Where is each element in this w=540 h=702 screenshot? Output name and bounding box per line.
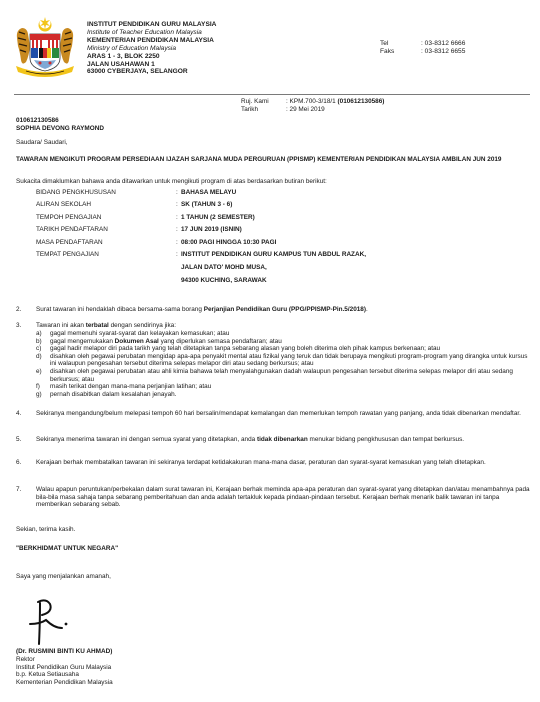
paragraph-text: Walau apapun peruntukan/perbekalan dalam… xyxy=(36,486,531,509)
paragraph-5: 5. Sekiranya menerima tawaran ini dengan… xyxy=(16,436,531,444)
recipient-id: 010612130586 xyxy=(16,117,104,125)
list-item: f)masih terikat dengan mana-mana perjanj… xyxy=(36,383,531,391)
detail-row: JALAN DATO' MOHD MUSA, xyxy=(36,262,366,275)
org-line: Ministry of Education Malaysia xyxy=(87,45,216,53)
intro-text: Sukacita dimaklumkan bahawa anda ditawar… xyxy=(16,178,327,186)
signatory-title: Rektor xyxy=(16,656,113,664)
termination-conditions-list: a)gagal memenuhi syarat-syarat dan kelay… xyxy=(36,330,531,398)
org-line: 63000 CYBERJAYA, SELANGOR xyxy=(87,68,216,76)
paragraph-4: 4. Sekiranya mengandung/belum melepasi t… xyxy=(16,410,531,418)
paragraph-7: 7. Walau apapun peruntukan/perbekalan da… xyxy=(16,486,531,509)
date-label: Tarikh xyxy=(241,106,286,114)
detail-value: INSTITUT PENDIDIKAN GURU KAMPUS TUN ABDU… xyxy=(181,251,366,259)
detail-value: 08:00 PAGI HINGGA 10:30 PAGI xyxy=(181,239,276,247)
detail-value: 94300 KUCHING, SARAWAK xyxy=(181,277,267,285)
header-divider xyxy=(14,94,530,95)
malaysia-coat-of-arms-icon xyxy=(12,16,78,82)
detail-value: JALAN DATO' MOHD MUSA, xyxy=(181,264,267,272)
signatory-title: b.p. Ketua Setiausaha xyxy=(16,671,113,679)
recipient-name: SOPHIA DEVONG RAYMOND xyxy=(16,125,104,133)
detail-label: MASA PENDAFTARAN xyxy=(36,239,176,247)
date-value: : 29 Mei 2019 xyxy=(286,106,325,114)
detail-row: BIDANG PENGKHUSUSAN: BAHASA MELAYU xyxy=(36,186,366,199)
signatory-name: (Dr. RUSMINI BINTI KU AHMAD) xyxy=(16,648,113,656)
paragraph-text: Sekiranya mengandung/belum melepasi temp… xyxy=(36,410,531,418)
org-line: Institute of Teacher Education Malaysia xyxy=(87,29,216,37)
salutation: Saudara/ Saudari, xyxy=(16,139,68,147)
detail-value: 17 JUN 2019 (ISNIN) xyxy=(181,226,242,234)
paragraph-number: 5. xyxy=(16,436,36,444)
handwritten-signature-icon xyxy=(26,598,70,646)
signatory-title: Institut Pendidikan Guru Malaysia xyxy=(16,664,113,672)
ref-value: : KPM.700-3/18/1 (010612130586) xyxy=(286,98,384,106)
tel-value: : 03-8312 6666 xyxy=(421,40,465,48)
tel-label: Tel xyxy=(380,40,421,48)
detail-label: ALIRAN SEKOLAH xyxy=(36,201,176,209)
detail-row: MASA PENDAFTARAN: 08:00 PAGI HINGGA 10:3… xyxy=(36,236,366,249)
reference-block: Ruj. Kami : KPM.700-3/18/1 (010612130586… xyxy=(241,98,384,114)
detail-label: TEMPAT PENGAJIAN xyxy=(36,251,176,259)
signatory-title: Kementerian Pendidikan Malaysia xyxy=(16,679,113,687)
fax-label: Faks xyxy=(380,48,421,56)
recipient: 010612130586 SOPHIA DEVONG RAYMOND xyxy=(16,117,104,133)
signatory-block: (Dr. RUSMINI BINTI KU AHMAD) Rektor Inst… xyxy=(16,648,113,687)
paragraph-number: 3. xyxy=(16,322,36,330)
list-item: g)pernah disabitkan dalam kesalahan jena… xyxy=(36,391,531,399)
list-item: b)gagal mengemukakan Dokumen Asal yang d… xyxy=(36,338,531,346)
letter-subject: TAWARAN MENGIKUTI PROGRAM PERSEDIAAN IJA… xyxy=(16,156,536,164)
paragraph-text: Tawaran ini akan terbatal dengan sendiri… xyxy=(36,322,531,330)
org-line: ARAS 1 - 3, BLOK 2250 xyxy=(87,53,216,61)
closing-motto: "BERKHIDMAT UNTUK NEGARA" xyxy=(16,545,118,553)
contact-info: Tel : 03-8312 6666 Faks : 03-8312 6655 xyxy=(380,40,465,57)
closing-thanks: Sekian, terima kasih. xyxy=(16,526,75,534)
offer-details: BIDANG PENGKHUSUSAN: BAHASA MELAYU ALIRA… xyxy=(36,186,366,287)
org-line: INSTITUT PENDIDIKAN GURU MALAYSIA xyxy=(87,21,216,29)
ref-label: Ruj. Kami xyxy=(241,98,286,106)
organization-address: INSTITUT PENDIDIKAN GURU MALAYSIA Instit… xyxy=(87,21,216,76)
paragraph-6: 6. Kerajaan berhak membatalkan tawaran i… xyxy=(16,459,531,467)
detail-row: TARIKH PENDAFTARAN: 17 JUN 2019 (ISNIN) xyxy=(36,224,366,237)
list-item: d)disahkan oleh pegawai perubatan mengid… xyxy=(36,353,531,368)
detail-row: TEMPOH PENGAJIAN: 1 TAHUN (2 SEMESTER) xyxy=(36,211,366,224)
list-item: c)gagal hadir melapor diri pada tarikh y… xyxy=(36,345,531,353)
paragraph-2: 2. Surat tawaran ini hendaklah dibaca be… xyxy=(16,306,531,314)
org-line: JALAN USAHAWAN 1 xyxy=(87,61,216,69)
paragraph-number: 4. xyxy=(16,410,36,418)
detail-row: 94300 KUCHING, SARAWAK xyxy=(36,274,366,287)
detail-label: TARIKH PENDAFTARAN xyxy=(36,226,176,234)
paragraph-3: 3. Tawaran ini akan terbatal dengan send… xyxy=(16,322,531,330)
detail-row: TEMPAT PENGAJIAN: INSTITUT PENDIDIKAN GU… xyxy=(36,249,366,262)
detail-value: 1 TAHUN (2 SEMESTER) xyxy=(181,214,255,222)
org-line: KEMENTERIAN PENDIDIKAN MALAYSIA xyxy=(87,37,216,45)
paragraph-number: 2. xyxy=(16,306,36,314)
closing-trust: Saya yang menjalankan amanah, xyxy=(16,573,111,581)
ref-id: (010612130586) xyxy=(338,98,385,105)
detail-value: SK (TAHUN 3 - 6) xyxy=(181,201,232,209)
list-item: e)disahkan oleh pegawai perubatan atau a… xyxy=(36,368,531,383)
detail-label: BIDANG PENGKHUSUSAN xyxy=(36,189,176,197)
fax-value: : 03-8312 6655 xyxy=(421,48,465,56)
paragraph-text: Sekiranya menerima tawaran ini dengan se… xyxy=(36,436,531,444)
detail-row: ALIRAN SEKOLAH: SK (TAHUN 3 - 6) xyxy=(36,199,366,212)
paragraph-number: 6. xyxy=(16,459,36,467)
ref-number: : KPM.700-3/18/1 xyxy=(286,98,338,105)
paragraph-text: Kerajaan berhak membatalkan tawaran ini … xyxy=(36,459,531,467)
detail-label: TEMPOH PENGAJIAN xyxy=(36,214,176,222)
paragraph-text: Surat tawaran ini hendaklah dibaca bersa… xyxy=(36,306,531,314)
list-item: a)gagal memenuhi syarat-syarat dan kelay… xyxy=(36,330,531,338)
detail-value: BAHASA MELAYU xyxy=(181,189,236,197)
paragraph-number: 7. xyxy=(16,486,36,509)
